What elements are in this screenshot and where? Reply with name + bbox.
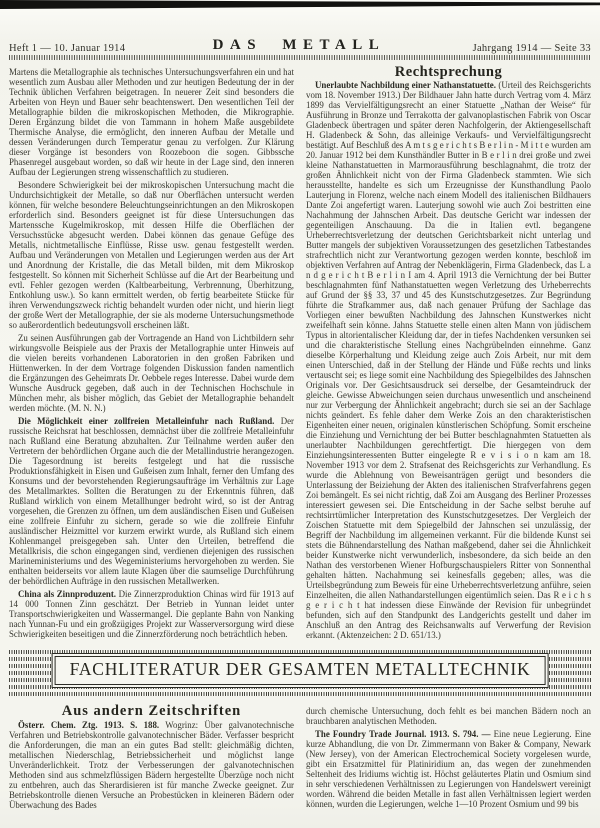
paragraph: Unerlaubte Nachbildung einer Nathanstatu… [306,80,591,640]
header-volume-page: Jahrgang 1914 — Seite 33 [473,43,591,54]
header-issue-date: Heft 1 — 10. Januar 1914 [9,43,125,54]
paragraph: Zu seinen Ausführungen gab der Vortragen… [9,333,294,413]
paragraph: Martens die Metallographie als technisch… [9,67,294,177]
paragraph: China als Zinnproduzent. Die Zinnerzprod… [9,589,294,639]
paragraph-text: Besondere Schwierigkeit bei der mikrosko… [9,180,294,330]
paragraph-lead: China als Zinnproduzent. [18,589,116,599]
paragraph: The Foundry Trade Journal. 1913. S. 794.… [306,729,591,809]
right-column: Rechtsprechung Unerlaubte Nachbildung ei… [306,67,591,640]
banner-frame: FACHLITERATUR DER GESAMTEN METALLTECHNIK [52,653,549,688]
paragraph: Österr. Chem. Ztg. 1913. S. 188. Wogrinz… [9,720,294,810]
section-heading-zeitschriften: Aus andern Zeitschriften [9,706,294,716]
bottom-two-column-section: Aus andern Zeitschriften Österr. Chem. Z… [9,706,591,810]
paragraph-text: durch chemische Untersuchung, doch fehlt… [306,706,591,726]
fachliteratur-banner: FACHLITERATUR DER GESAMTEN METALLTECHNIK [9,649,591,696]
header-ornamental-rule [9,55,591,60]
paragraph: Besondere Schwierigkeit bei der mikrosko… [9,180,294,330]
bottom-right-column: durch chemische Untersuchung, doch fehlt… [306,706,591,810]
main-two-column-section: Martens die Metallographie als technisch… [9,67,591,640]
banner-title: FACHLITERATUR DER GESAMTEN METALLTECHNIK [55,656,546,685]
journal-page: Heft 1 — 10. Januar 1914 DAS METALL Jahr… [0,0,600,810]
paragraph-text: Der russische Reichsrat hat beschlossen,… [9,416,294,586]
journal-title: DAS METALL [213,37,386,54]
paragraph-text: Eine neue Legierung. Eine kurze Abhandlu… [306,729,591,809]
paragraph-lead: Unerlaubte Nachbildung einer Nathanstatu… [315,80,496,90]
paragraph-text: Wogrinz: Über galvanotechnische Verfahre… [9,720,294,810]
paragraph: durch chemische Untersuchung, doch fehlt… [306,706,591,726]
section-heading-rechtsprechung: Rechtsprechung [306,67,591,77]
paragraph-lead: Österr. Chem. Ztg. 1913. S. 188. [18,720,159,730]
paragraph-text: (Urteil des Reichsgerichts vom 18. Novem… [306,80,591,640]
paragraph-lead: Die Möglichkeit einer zollfreien Metalle… [18,416,274,426]
paragraph: Die Möglichkeit einer zollfreien Metalle… [9,416,294,586]
left-column: Martens die Metallographie als technisch… [9,67,294,640]
paragraph-lead: The Foundry Trade Journal. 1913. S. 794.… [315,729,490,739]
paragraph-text: Zu seinen Ausführungen gab der Vortragen… [9,333,294,413]
paragraph-text: Martens die Metallographie als technisch… [9,67,294,177]
bottom-left-column: Aus andern Zeitschriften Österr. Chem. Z… [9,706,294,810]
